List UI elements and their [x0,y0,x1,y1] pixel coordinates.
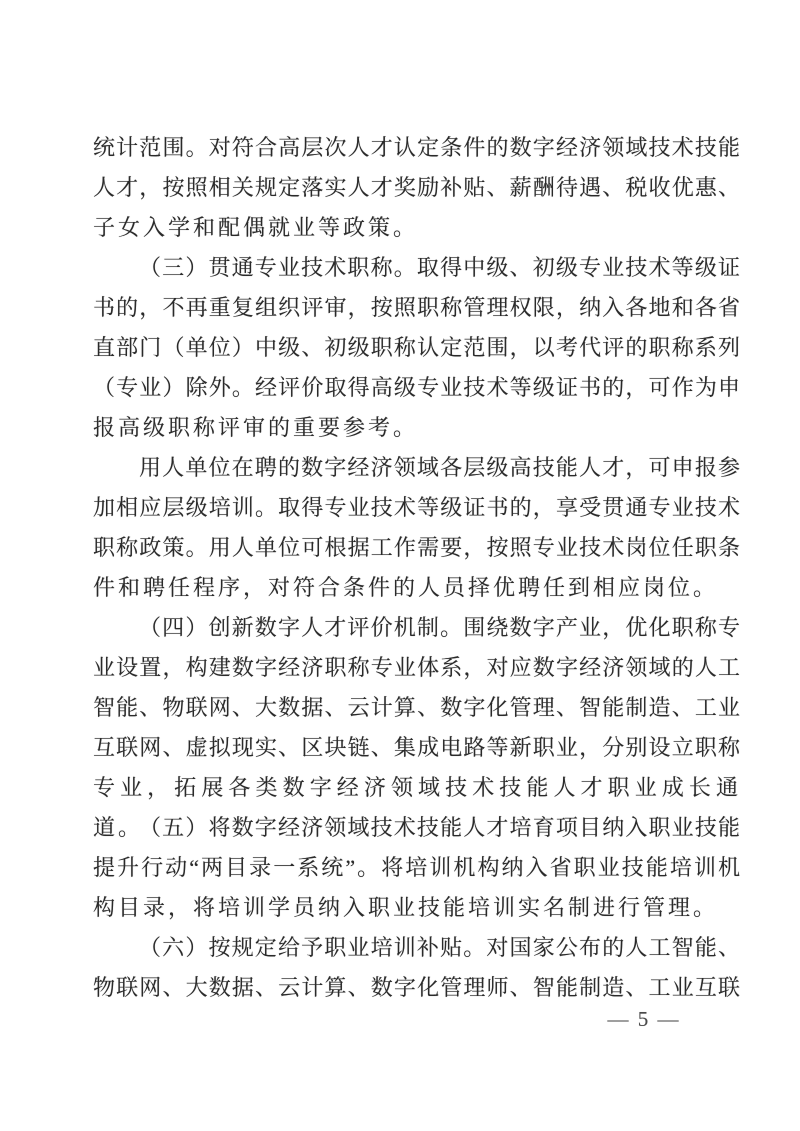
text-line: 件和聘任程序，对符合条件的人员择优聘任到相应岗位。 [93,568,741,608]
text-line: 智能、物联网、大数据、云计算、数字化管理、智能制造、工业 [93,688,741,728]
text-line: 书的，不再重复组织评审，按照职称管理权限，纳入各地和各省 [93,288,741,328]
text-line: 业设置，构建数字经济职称专业体系，对应数字经济领域的人工 [93,648,741,688]
document-page: 统计范围。对符合高层次人才认定条件的数字经济领域技术技能 人才，按照相关规定落实… [0,0,800,1131]
text-line: （三）贯通专业技术职称。取得中级、初级专业技术等级证 [93,248,741,288]
page-number: — 5 — [596,1003,692,1035]
text-line: （四）创新数字人才评价机制。围绕数字产业，优化职称专 [93,608,741,648]
text-line: 人才，按照相关规定落实人才奖励补贴、薪酬待遇、税收优惠、 [93,168,741,208]
text-line: 提升行动“两目录一系统”。将培训机构纳入省职业技能培训机 [93,848,741,888]
text-line: （六）按规定给予职业培训补贴。对国家公布的人工智能、 [93,928,741,968]
text-line: （五）将数字经济领域技术技能人才培育项目纳入职业技能 [93,808,741,848]
text-line: 专业，拓展各类数字经济领域技术技能人才职业成长通道。 [93,768,741,808]
text-line: 子女入学和配偶就业等政策。 [93,208,741,248]
text-line: 统计范围。对符合高层次人才认定条件的数字经济领域技术技能 [93,128,741,168]
text-line: 物联网、大数据、云计算、数字化管理师、智能制造、工业互联 [93,968,741,1008]
text-line: 报高级职称评审的重要参考。 [93,408,741,448]
text-line: 职称政策。用人单位可根据工作需要，按照专业技术岗位任职条 [93,528,741,568]
text-line: 用人单位在聘的数字经济领域各层级高技能人才，可申报参 [93,448,741,488]
text-line: 互联网、虚拟现实、区块链、集成电路等新职业，分别设立职称 [93,728,741,768]
text-line: 直部门（单位）中级、初级职称认定范围，以考代评的职称系列 [93,328,741,368]
text-line: 构目录，将培训学员纳入职业技能培训实名制进行管理。 [93,888,741,928]
body-text: 统计范围。对符合高层次人才认定条件的数字经济领域技术技能 人才，按照相关规定落实… [93,128,741,1008]
text-line: （专业）除外。经评价取得高级专业技术等级证书的，可作为申 [93,368,741,408]
text-line: 加相应层级培训。取得专业技术等级证书的，享受贯通专业技术 [93,488,741,528]
